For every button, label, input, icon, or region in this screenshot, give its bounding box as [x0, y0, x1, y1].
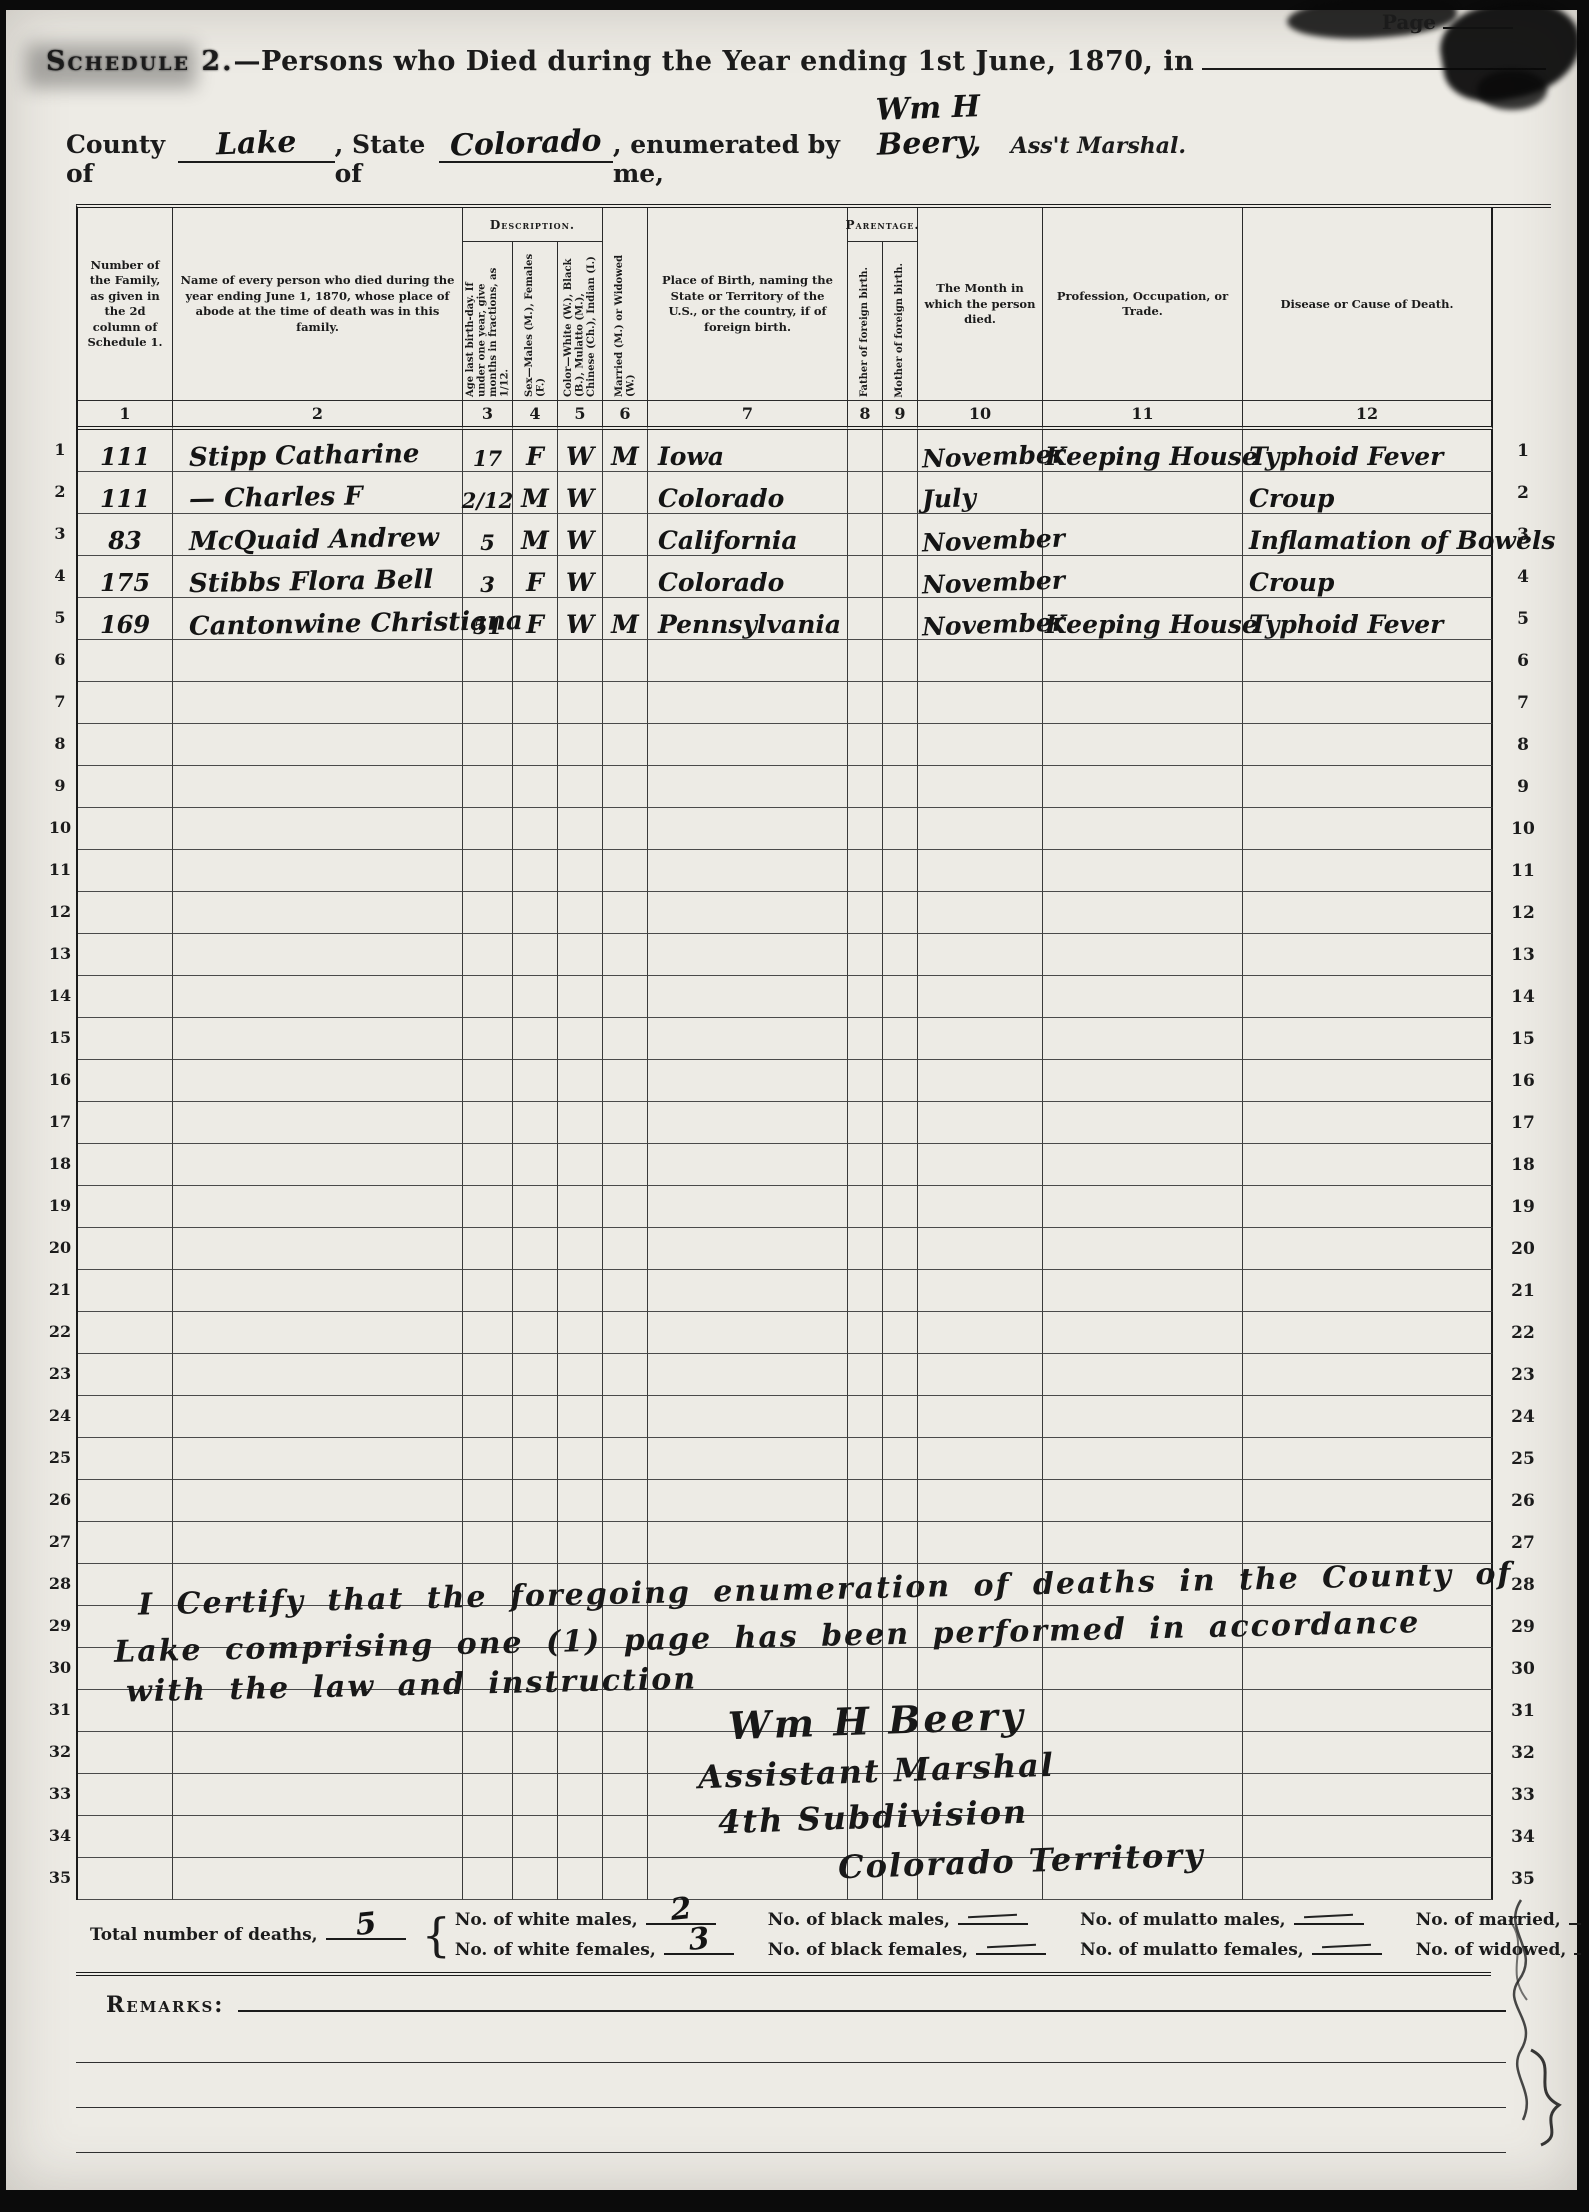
table-row: 383McQuaid Andrew5MWCaliforniaNovemberIn… [78, 514, 1551, 556]
cell-married [603, 934, 648, 976]
line-number-right: 4 [1493, 556, 1553, 598]
cell-married [603, 1816, 648, 1858]
total-deaths-value: 5 [326, 1938, 406, 1940]
cell-color [558, 1858, 603, 1900]
line-number-right: 18 [1493, 1144, 1553, 1186]
mortality-table: Number of the Family, as given in the 2d… [76, 204, 1551, 1900]
cell-name [173, 1396, 463, 1438]
cell-family [78, 1102, 173, 1144]
cell-age [463, 1270, 513, 1312]
cell-name [173, 1480, 463, 1522]
table-row: 2626 [78, 1480, 1551, 1522]
cell-father_fb [848, 472, 883, 514]
cell-name [173, 1690, 463, 1732]
cell-birthplace [648, 976, 848, 1018]
cell-name [173, 976, 463, 1018]
cell-cause [1243, 1564, 1493, 1606]
cell-birthplace: California [648, 514, 848, 556]
table-row: 2020 [78, 1228, 1551, 1270]
line-number-right: 13 [1493, 934, 1553, 976]
header-age: Age last birth-day. If under one year, g… [463, 242, 513, 400]
cell-cause [1243, 1438, 1493, 1480]
cell-birthplace [648, 1396, 848, 1438]
cell-name [173, 1102, 463, 1144]
cell-birthplace [648, 1690, 848, 1732]
cell-color [558, 976, 603, 1018]
cell-sex [513, 1228, 558, 1270]
line-number-right: 14 [1493, 976, 1553, 1018]
line-number-left: 8 [48, 734, 72, 753]
header-occupation: Profession, Occupation, or Trade. [1043, 208, 1243, 400]
cell-color [558, 1480, 603, 1522]
cell-father_fb [848, 808, 883, 850]
line-number-left: 29 [48, 1616, 72, 1635]
white-females-label: No. of white females, [455, 1940, 656, 1960]
cell-sex [513, 1606, 558, 1648]
table-row: 1212 [78, 892, 1551, 934]
line-number-right: 34 [1493, 1816, 1553, 1858]
line-number-left: 31 [48, 1700, 72, 1719]
cell-mother_fb [883, 1228, 918, 1270]
cell-age [463, 766, 513, 808]
cell-birthplace [648, 640, 848, 682]
line-number-right: 30 [1493, 1648, 1553, 1690]
line-number-left: 24 [48, 1406, 72, 1425]
cell-month [918, 892, 1043, 934]
cell-sex [513, 1060, 558, 1102]
cell-birthplace [648, 1018, 848, 1060]
table-row: 1313 [78, 934, 1551, 976]
cell-married [603, 1144, 648, 1186]
cell-sex: M [513, 514, 558, 556]
table-row: 1717 [78, 1102, 1551, 1144]
line-number-right: 31 [1493, 1690, 1553, 1732]
cell-color: W [558, 430, 603, 472]
cell-occupation [1043, 1186, 1243, 1228]
cell-sex [513, 1774, 558, 1816]
line-number-right: 22 [1493, 1312, 1553, 1354]
cell-month [918, 1648, 1043, 1690]
cell-age [463, 640, 513, 682]
cell-married [603, 1438, 648, 1480]
cell-mother_fb [883, 1522, 918, 1564]
cell-mother_fb [883, 1186, 918, 1228]
cell-occupation [1043, 808, 1243, 850]
cell-married [603, 1690, 648, 1732]
table-row: 1919 [78, 1186, 1551, 1228]
table-row: 2525 [78, 1438, 1551, 1480]
line-number-left: 9 [48, 776, 72, 795]
cell-age [463, 1606, 513, 1648]
cell-color [558, 1102, 603, 1144]
cell-month [918, 1774, 1043, 1816]
cell-birthplace [648, 1816, 848, 1858]
cell-sex [513, 724, 558, 766]
line-number-right: 24 [1493, 1396, 1553, 1438]
page-stamp-label: Page [1382, 10, 1436, 34]
column-number-gutter [1493, 400, 1553, 430]
marshal-label: Ass't Marshal. [1011, 133, 1186, 159]
line-number-right: 26 [1493, 1480, 1553, 1522]
cell-sex [513, 1270, 558, 1312]
cell-married [603, 724, 648, 766]
cell-family [78, 1690, 173, 1732]
cell-father_fb [848, 934, 883, 976]
cell-sex [513, 1018, 558, 1060]
cell-family [78, 850, 173, 892]
cell-occupation [1043, 472, 1243, 514]
cell-cause [1243, 850, 1493, 892]
cell-occupation [1043, 1606, 1243, 1648]
cell-married [603, 1018, 648, 1060]
cell-color [558, 1312, 603, 1354]
line-number-left: 34 [48, 1826, 72, 1845]
header-birthplace: Place of Birth, naming the State or Terr… [648, 208, 848, 400]
cell-month [918, 1312, 1043, 1354]
cell-father_fb [848, 724, 883, 766]
cell-age [463, 1522, 513, 1564]
cell-mother_fb [883, 1690, 918, 1732]
cell-father_fb [848, 1606, 883, 1648]
header-month: The Month in which the person died. [918, 208, 1043, 400]
page-stamp: Page [1382, 10, 1513, 34]
cell-mother_fb [883, 1102, 918, 1144]
cell-father_fb [848, 1270, 883, 1312]
cell-color [558, 1606, 603, 1648]
totals-section: Total number of deaths, 5 { No. of white… [76, 1900, 1491, 1976]
cell-age [463, 1144, 513, 1186]
cell-name [173, 1354, 463, 1396]
cell-name [173, 1312, 463, 1354]
line-number-left: 23 [48, 1364, 72, 1383]
cell-cause [1243, 1228, 1493, 1270]
white-males-label: No. of white males, [455, 1910, 638, 1930]
cell-occupation [1043, 514, 1243, 556]
cell-cause [1243, 1606, 1493, 1648]
cell-mother_fb [883, 1354, 918, 1396]
scanned-page: Page Schedule 2. —Persons who Died durin… [6, 10, 1577, 2190]
cell-month [918, 724, 1043, 766]
cell-married [603, 1732, 648, 1774]
cell-married [603, 766, 648, 808]
table-row: 2121 [78, 1270, 1551, 1312]
line-number-left: 15 [48, 1028, 72, 1047]
cell-occupation [1043, 1774, 1243, 1816]
cell-age: 5 [463, 514, 513, 556]
cell-name [173, 850, 463, 892]
cell-sex [513, 1732, 558, 1774]
cell-birthplace [648, 766, 848, 808]
header-family: Number of the Family, as given in the 2d… [78, 208, 173, 400]
line-number-left: 21 [48, 1280, 72, 1299]
cell-father_fb [848, 1438, 883, 1480]
remarks-rule [76, 2018, 1506, 2063]
cell-color: W [558, 556, 603, 598]
line-number-left: 2 [48, 482, 72, 501]
column-number: 7 [648, 400, 848, 430]
cell-color [558, 1522, 603, 1564]
cell-month [918, 1354, 1043, 1396]
cell-name: McQuaid Andrew [173, 514, 463, 556]
cell-age [463, 1102, 513, 1144]
line-number-right: 12 [1493, 892, 1553, 934]
cell-father_fb [848, 850, 883, 892]
cell-birthplace [648, 1102, 848, 1144]
line-number-right: 15 [1493, 1018, 1553, 1060]
cell-occupation [1043, 1312, 1243, 1354]
cell-cause [1243, 934, 1493, 976]
cell-occupation [1043, 556, 1243, 598]
cell-married [603, 1312, 648, 1354]
cell-name [173, 724, 463, 766]
line-number-right: 28 [1493, 1564, 1553, 1606]
cell-birthplace [648, 1648, 848, 1690]
cell-married [603, 1522, 648, 1564]
cell-sex [513, 1102, 558, 1144]
table-row: 1818 [78, 1144, 1551, 1186]
table-row: 88 [78, 724, 1551, 766]
cell-father_fb [848, 1186, 883, 1228]
cell-family [78, 766, 173, 808]
cell-family [78, 1396, 173, 1438]
cell-father_fb [848, 556, 883, 598]
line-number-right: 17 [1493, 1102, 1553, 1144]
cell-month [918, 766, 1043, 808]
cell-age [463, 1690, 513, 1732]
enumerator-signature: Wm H Beery, [849, 89, 1008, 164]
cell-age [463, 976, 513, 1018]
cell-cause [1243, 1354, 1493, 1396]
title-text: —Persons who Died during the Year ending… [234, 46, 1195, 77]
line-number-left: 33 [48, 1784, 72, 1803]
table-row: 1414 [78, 976, 1551, 1018]
cell-name [173, 1648, 463, 1690]
cell-name [173, 1060, 463, 1102]
cell-cause [1243, 766, 1493, 808]
cell-month [918, 808, 1043, 850]
cell-age [463, 808, 513, 850]
column-number: 11 [1043, 400, 1243, 430]
cell-married [603, 640, 648, 682]
black-males-label: No. of black males, [768, 1910, 950, 1930]
line-number-right: 20 [1493, 1228, 1553, 1270]
cell-sex [513, 682, 558, 724]
cell-color [558, 1690, 603, 1732]
remarks-lines [76, 2018, 1506, 2198]
cell-occupation [1043, 1102, 1243, 1144]
cell-month [918, 682, 1043, 724]
cell-occupation [1043, 1816, 1243, 1858]
cell-father_fb [848, 766, 883, 808]
cell-color [558, 1648, 603, 1690]
cell-married [603, 472, 648, 514]
line-number-right: 16 [1493, 1060, 1553, 1102]
cell-birthplace: Colorado [648, 472, 848, 514]
cell-month [918, 1438, 1043, 1480]
mulatto-males-label: No. of mulatto males, [1080, 1910, 1286, 1930]
cell-cause [1243, 1396, 1493, 1438]
cell-name [173, 766, 463, 808]
cell-cause: Croup [1243, 472, 1493, 514]
state-label: , State of [335, 130, 440, 188]
cell-married [603, 682, 648, 724]
cell-family: 169 [78, 598, 173, 640]
table-row: 3535 [78, 1858, 1551, 1900]
line-number-left: 3 [48, 524, 72, 543]
remarks-rule [76, 2063, 1506, 2108]
cell-age [463, 1480, 513, 1522]
cell-occupation [1043, 724, 1243, 766]
cell-age [463, 1564, 513, 1606]
cell-sex [513, 808, 558, 850]
cell-family [78, 1438, 173, 1480]
cell-father_fb [848, 682, 883, 724]
cell-birthplace [648, 682, 848, 724]
cell-month [918, 1270, 1043, 1312]
cell-month [918, 1816, 1043, 1858]
cell-color [558, 1186, 603, 1228]
cell-name [173, 1858, 463, 1900]
cell-age [463, 1816, 513, 1858]
cell-family [78, 1564, 173, 1606]
cell-mother_fb [883, 1312, 918, 1354]
line-number-left: 10 [48, 818, 72, 837]
cell-occupation [1043, 640, 1243, 682]
cell-mother_fb [883, 556, 918, 598]
cell-mother_fb [883, 1816, 918, 1858]
cell-sex [513, 1354, 558, 1396]
cell-age [463, 892, 513, 934]
table-row: 99 [78, 766, 1551, 808]
cell-mother_fb [883, 640, 918, 682]
cell-month [918, 1060, 1043, 1102]
cell-father_fb [848, 514, 883, 556]
line-number-right: 5 [1493, 598, 1553, 640]
cell-mother_fb [883, 1438, 918, 1480]
line-number-right: 25 [1493, 1438, 1553, 1480]
cell-birthplace [648, 1522, 848, 1564]
cell-occupation [1043, 850, 1243, 892]
cell-age [463, 1774, 513, 1816]
cell-father_fb [848, 1354, 883, 1396]
cell-family [78, 1270, 173, 1312]
column-number: 12 [1243, 400, 1493, 430]
total-deaths: Total number of deaths, 5 [90, 1925, 406, 1945]
cell-cause: Croup [1243, 556, 1493, 598]
line-number-right: 9 [1493, 766, 1553, 808]
cell-occupation [1043, 1648, 1243, 1690]
cell-age [463, 1438, 513, 1480]
line-number-left: 30 [48, 1658, 72, 1677]
cell-sex [513, 1816, 558, 1858]
header-married: Married (M.) or Widowed (W.) [603, 208, 648, 400]
table-row: 66 [78, 640, 1551, 682]
cell-occupation [1043, 1858, 1243, 1900]
scan-edge-right [1581, 1040, 1589, 2212]
cell-name [173, 1270, 463, 1312]
column-number: 3 [463, 400, 513, 430]
table-row: 2727 [78, 1522, 1551, 1564]
cell-color [558, 808, 603, 850]
line-number-left: 28 [48, 1574, 72, 1593]
cell-family [78, 808, 173, 850]
cell-cause [1243, 1480, 1493, 1522]
cell-name [173, 934, 463, 976]
line-number-left: 5 [48, 608, 72, 627]
cell-color [558, 850, 603, 892]
cell-name [173, 1732, 463, 1774]
line-number-left: 14 [48, 986, 72, 1005]
state-field: Colorado [439, 126, 612, 163]
cell-occupation [1043, 1438, 1243, 1480]
cell-sex [513, 1438, 558, 1480]
cell-color [558, 1396, 603, 1438]
cell-birthplace: Colorado [648, 556, 848, 598]
mulatto-males-value [1294, 1923, 1364, 1925]
cell-occupation: Keeping House [1043, 598, 1243, 640]
cell-sex [513, 1564, 558, 1606]
cell-name [173, 1522, 463, 1564]
cell-family: 111 [78, 472, 173, 514]
cell-father_fb [848, 1690, 883, 1732]
cell-married [603, 1060, 648, 1102]
cell-family [78, 1522, 173, 1564]
cell-family [78, 1060, 173, 1102]
table-row: 77 [78, 682, 1551, 724]
cell-name [173, 892, 463, 934]
column-number: 6 [603, 400, 648, 430]
cell-occupation [1043, 1480, 1243, 1522]
cell-sex: F [513, 556, 558, 598]
cell-cause [1243, 1270, 1493, 1312]
table-row: 3232 [78, 1732, 1551, 1774]
cell-occupation [1043, 1522, 1243, 1564]
line-number-left: 1 [48, 440, 72, 459]
cell-father_fb [848, 1774, 883, 1816]
cell-cause [1243, 1816, 1493, 1858]
line-number-left: 17 [48, 1112, 72, 1131]
cell-birthplace [648, 1774, 848, 1816]
cell-sex [513, 1144, 558, 1186]
line-number-right: 32 [1493, 1732, 1553, 1774]
cell-cause [1243, 1102, 1493, 1144]
line-number-right: 11 [1493, 850, 1553, 892]
cell-cause: Typhoid Fever [1243, 598, 1493, 640]
cell-cause [1243, 1774, 1493, 1816]
line-number-left: 22 [48, 1322, 72, 1341]
table-row: 2222 [78, 1312, 1551, 1354]
cell-name [173, 1816, 463, 1858]
cell-month [918, 1522, 1043, 1564]
cell-family [78, 976, 173, 1018]
table-row: 3030 [78, 1648, 1551, 1690]
cell-sex [513, 976, 558, 1018]
line-number-left: 13 [48, 944, 72, 963]
cell-cause [1243, 1312, 1493, 1354]
cell-mother_fb [883, 598, 918, 640]
line-number-right: 33 [1493, 1774, 1553, 1816]
cell-month: November [918, 430, 1043, 472]
cell-month [918, 1186, 1043, 1228]
cell-family [78, 1354, 173, 1396]
cell-married [603, 1480, 648, 1522]
cell-birthplace [648, 1438, 848, 1480]
line-number-left: 12 [48, 902, 72, 921]
cell-sex [513, 1186, 558, 1228]
line-number-right: 1 [1493, 430, 1553, 472]
cell-family [78, 1816, 173, 1858]
cell-birthplace: Iowa [648, 430, 848, 472]
